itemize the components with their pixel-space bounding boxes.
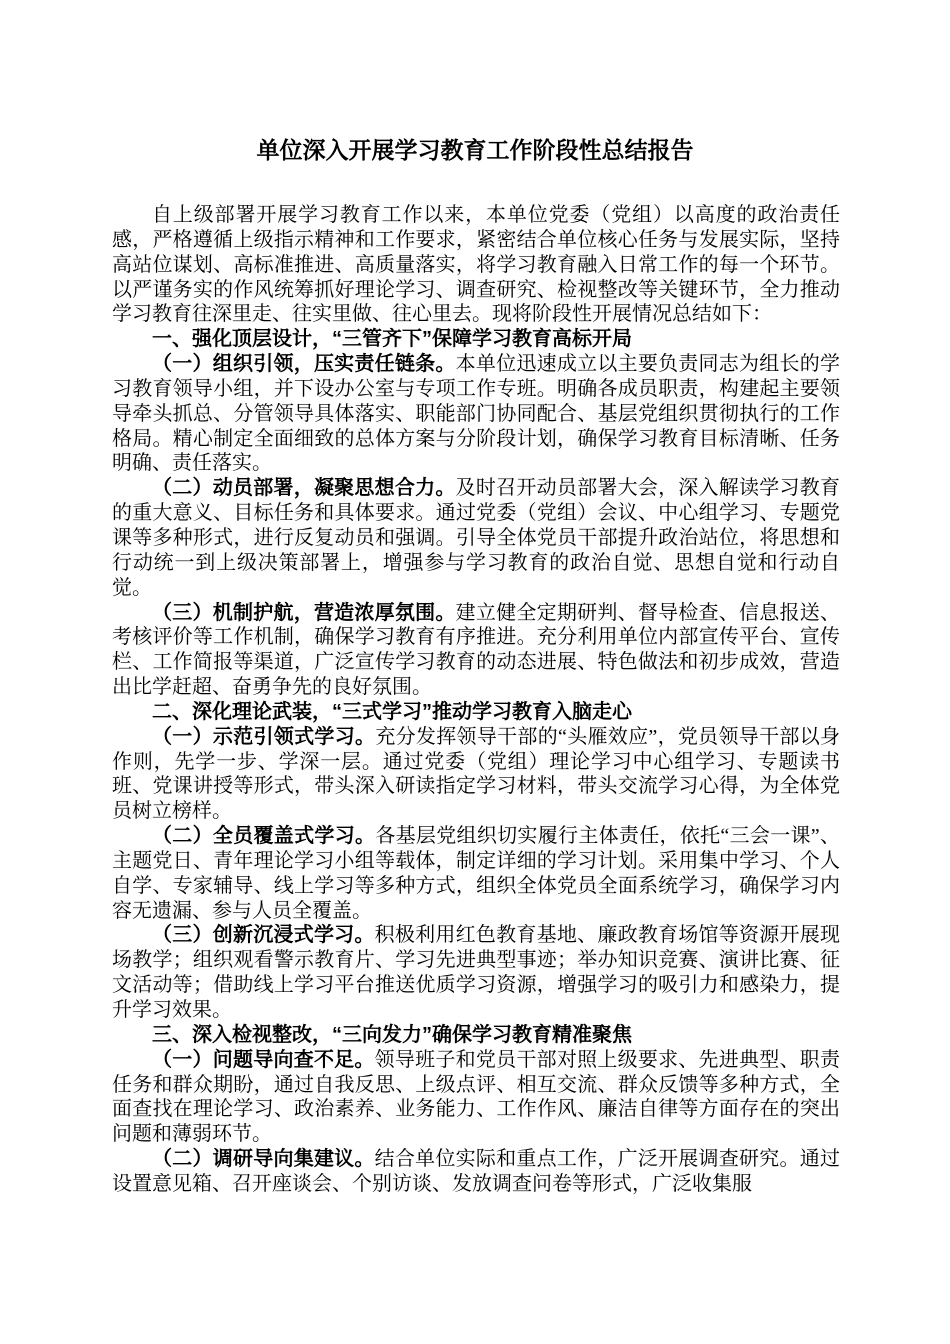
paragraph-lead: （二）调研导向集建议。 bbox=[152, 1148, 375, 1170]
paragraph: （三）创新沉浸式学习。积极利用红色教育基地、廉政教育场馆等资源开展现场教学；组织… bbox=[112, 923, 840, 1022]
paragraph: （二）全员覆盖式学习。各基层党组织切实履行主体责任，依托“三会一课”、主题党日、… bbox=[112, 824, 840, 923]
section-heading: 一、强化顶层设计，“三管齐下”保障学习教育高标开局 bbox=[112, 327, 840, 352]
paragraph: （二）调研导向集建议。结合单位实际和重点工作，广泛开展调查研究。通过设置意见箱、… bbox=[112, 1147, 840, 1197]
paragraph-lead: （一）组织引领，压实责任链条。 bbox=[152, 353, 456, 375]
paragraph: （一）示范引领式学习。充分发挥领导干部的“头雁效应”，党员领导干部以身作则，先学… bbox=[112, 725, 840, 824]
paragraph-lead: （三）机制护航，营造浓厚氛围。 bbox=[152, 602, 456, 624]
paragraph: （三）机制护航，营造浓厚氛围。建立健全定期研判、督导检查、信息报送、考核评价等工… bbox=[112, 601, 840, 700]
paragraph-lead: （二）全员覆盖式学习。 bbox=[152, 825, 375, 847]
section-heading: 三、深入检视整改，“三向发力”确保学习教育精准聚焦 bbox=[112, 1023, 840, 1048]
paragraph-text: 自上级部署开展学习教育工作以来，本单位党委（党组）以高度的政治责任感，严格遵循上… bbox=[112, 204, 840, 325]
paragraph-lead: 三、深入检视整改，“三向发力”确保学习教育精准聚焦 bbox=[152, 1024, 632, 1046]
paragraph-lead: （三）创新沉浸式学习。 bbox=[152, 924, 375, 946]
paragraph: 自上级部署开展学习教育工作以来，本单位党委（党组）以高度的政治责任感，严格遵循上… bbox=[112, 203, 840, 327]
paragraph-lead: 一、强化顶层设计，“三管齐下”保障学习教育高标开局 bbox=[152, 328, 632, 350]
paragraph: （二）动员部署，凝聚思想合力。及时召开动员部署大会，深入解读学习教育的重大意义、… bbox=[112, 476, 840, 600]
paragraph: （一）问题导向查不足。领导班子和党员干部对照上级要求、先进典型、职责任务和群众期… bbox=[112, 1048, 840, 1147]
paragraph-lead: （一）问题导向查不足。 bbox=[152, 1049, 375, 1071]
paragraph: （一）组织引领，压实责任链条。本单位迅速成立以主要负责同志为组长的学习教育领导小… bbox=[112, 352, 840, 476]
document-body: 自上级部署开展学习教育工作以来，本单位党委（党组）以高度的政治责任感，严格遵循上… bbox=[0, 203, 950, 1197]
document-page: 单位深入开展学习教育工作阶段性总结报告 自上级部署开展学习教育工作以来，本单位党… bbox=[0, 0, 950, 1344]
paragraph-lead: 二、深化理论武装，“三式学习”推动学习教育入脑走心 bbox=[152, 701, 632, 723]
section-heading: 二、深化理论武装，“三式学习”推动学习教育入脑走心 bbox=[112, 700, 840, 725]
paragraph-lead: （一）示范引领式学习。 bbox=[152, 726, 375, 748]
document-title: 单位深入开展学习教育工作阶段性总结报告 bbox=[0, 0, 950, 166]
paragraph-lead: （二）动员部署，凝聚思想合力。 bbox=[152, 477, 456, 499]
